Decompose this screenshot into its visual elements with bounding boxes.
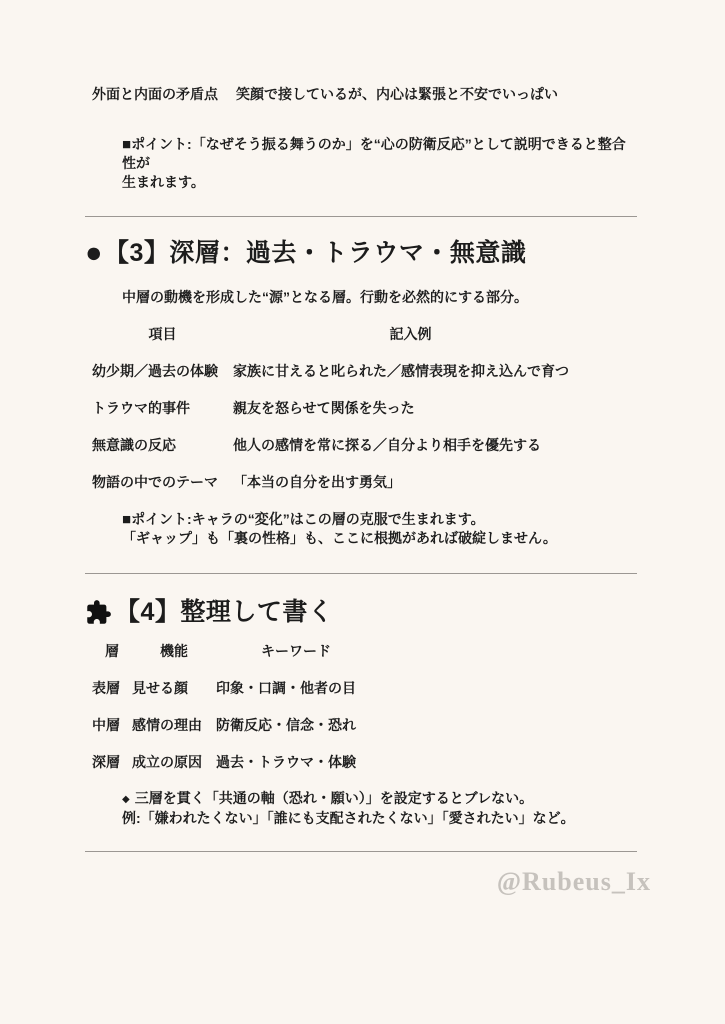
table-row: 表層 見せる顔 印象・口調・他者の目 [85,680,637,696]
row-keyword: 防衛反応・信念・恐れ [216,717,376,733]
column-header-item: 項目 [92,326,233,342]
author-watermark: @Rubeus_Ix [85,866,651,898]
table-row: 幼少期／過去の体験 家族に甘えると叱られた／感情表現を抑え込んで育つ [85,363,637,379]
section3-intro: 中層の動機を形成した“源”となる層。行動を必然的にする部分。 [122,289,637,306]
row-layer: 中層 [92,717,132,733]
row-label: 幼少期／過去の体験 [92,363,233,379]
table-header-row: 層 機能 キーワード [85,643,637,659]
table-row: 物語の中でのテーマ 「本当の自分を出す勇気」 [85,474,637,490]
diamond-icon: ◆ [122,794,130,805]
note-line: ◆三層を貫く「共通の軸（恐れ・願い）」を設定するとブレない。 [122,789,637,809]
column-header-example: 記入例 [233,326,588,342]
summary-table: 層 機能 キーワード 表層 見せる顔 印象・口調・他者の目 中層 感情の理由 防… [85,643,637,770]
row-value: 親友を怒らせて関係を失った [233,400,588,416]
table-row: 中層 感情の理由 防衛反応・信念・恐れ [85,717,637,733]
circle-icon: ● [85,238,103,268]
section-divider [85,851,637,852]
row-function: 成立の原因 [132,754,216,770]
note-text: 三層を貫く「共通の軸（恐れ・願い）」を設定するとブレない。 [135,790,533,806]
row-label: 物語の中でのテーマ [92,474,233,490]
column-header-function: 機能 [132,643,216,659]
row-value: 「本当の自分を出す勇気」 [233,474,588,490]
section3-heading: ● 【3】深層：過去・トラウマ・無意識 [85,237,637,269]
point-note-1: ■ポイント:「なぜそう振る舞うのか」を“心の防衛反応”として説明できると整合性が… [122,135,637,192]
column-header-keyword: キーワード [216,643,376,659]
deep-layer-table: 項目 記入例 幼少期／過去の体験 家族に甘えると叱られた／感情表現を抑え込んで育… [85,326,637,490]
table-row: 深層 成立の原因 過去・トラウマ・体験 [85,754,637,770]
row-keyword: 過去・トラウマ・体験 [216,754,376,770]
black-square-icon: ■ [122,136,131,153]
black-square-icon: ■ [122,511,131,528]
column-header-layer: 層 [92,643,132,659]
row-layer: 深層 [92,754,132,770]
note-line: 生まれます。 [122,173,637,192]
note-text: ポイント:「なぜそう振る舞うのか」を“心の防衛反応”として説明できると整合性が [122,136,626,171]
row-layer: 表層 [92,680,132,696]
note-line: 「ギャップ」も「裏の性格」も、ここに根拠があれば破綻しません。 [122,529,637,548]
section4-heading: 【4】整理して書く [85,596,637,628]
row-value: 他人の感情を常に探る／自分より相手を優先する [233,437,588,453]
row-label: トラウマ的事件 [92,400,233,416]
table-row: 無意識の反応 他人の感情を常に探る／自分より相手を優先する [85,437,637,453]
page-content: 外面と内面の矛盾点 笑顔で接しているが、内心は緊張と不安でいっぱい ■ポイント:… [85,86,637,898]
row-keyword: 印象・口調・他者の目 [216,680,376,696]
table-header-row: 項目 記入例 [85,326,637,342]
section-divider [85,216,637,217]
note-line: 例:「嫌われたくない」「誰にも支配されたくない」「愛されたい」など。 [122,809,637,828]
point-note-2: ■ポイント:キャラの“変化”はこの層の克服で生まれます。 「ギャップ」も「裏の性… [122,510,637,548]
axis-note: ◆三層を貫く「共通の軸（恐れ・願い）」を設定するとブレない。 例:「嫌われたくな… [122,789,637,828]
contradiction-label: 外面と内面の矛盾点 [92,86,229,103]
table-row: トラウマ的事件 親友を怒らせて関係を失った [85,400,637,416]
puzzle-icon [85,599,112,626]
note-text: ポイント:キャラの“変化”はこの層の克服で生まれます。 [131,511,485,527]
row-value: 家族に甘えると叱られた／感情表現を抑え込んで育つ [233,363,588,379]
row-label: 無意識の反応 [92,437,233,453]
contradiction-row: 外面と内面の矛盾点 笑顔で接しているが、内心は緊張と不安でいっぱい [85,86,637,103]
section4-title: 【4】整理して書く [115,596,333,628]
note-line: ■ポイント:「なぜそう振る舞うのか」を“心の防衛反応”として説明できると整合性が [122,135,637,173]
section-divider [85,573,637,574]
section3-title: 【3】深層：過去・トラウマ・無意識 [104,237,526,269]
row-function: 見せる顔 [132,680,216,696]
document-page: 外面と内面の矛盾点 笑顔で接しているが、内心は緊張と不安でいっぱい ■ポイント:… [0,0,725,1024]
contradiction-value: 笑顔で接しているが、内心は緊張と不安でいっぱい [236,86,558,103]
note-line: ■ポイント:キャラの“変化”はこの層の克服で生まれます。 [122,510,637,529]
row-function: 感情の理由 [132,717,216,733]
